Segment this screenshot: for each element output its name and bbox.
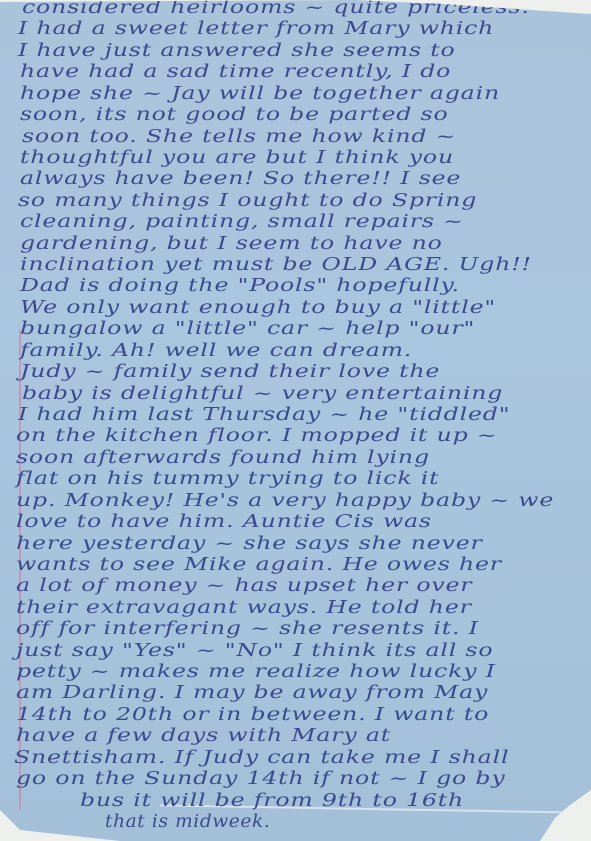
letter-line: We only want enough to buy a "little" <box>20 298 496 318</box>
letter-line: petty ~ makes me realize how lucky I <box>16 662 496 682</box>
letter-line: Judy ~ family send their love the <box>20 362 440 382</box>
letter-line: their extravagant ways. He told her <box>16 598 472 618</box>
letter-line: go on the Sunday 14th if not ~ I go by <box>16 769 505 789</box>
letter-line: family. Ah! well we can dream. <box>20 341 412 361</box>
letter-line: up. Monkey! He's a very happy baby ~ we <box>16 491 554 511</box>
letter-line: flat on his tummy trying to lick it <box>16 469 439 489</box>
letter-line: gardening, but I seem to have no <box>20 234 443 254</box>
letter-line: have a few days with Mary at <box>16 726 391 746</box>
letter-line: have had a sad time recently, I do <box>20 62 451 82</box>
letter-line: soon, its not good to be parted so <box>20 105 448 125</box>
letter-line: so many things I ought to do Spring <box>18 191 477 211</box>
letter-line: Snettisham. If Judy can take me I shall <box>14 748 509 768</box>
letter-line: off for interfering ~ she resents it. I <box>16 619 479 639</box>
letter-line: soon too. She tells me how kind ~ <box>22 127 456 147</box>
letter-line: that is midweek. <box>105 812 270 832</box>
letter-line: hope she ~ Jay will be together again <box>20 84 500 104</box>
letter-line: baby is delightful ~ very entertaining <box>22 384 503 404</box>
letter-line: am Darling. I may be away from May <box>16 683 488 703</box>
letter-line: thoughtful you are but I think you <box>20 148 454 168</box>
letter-line: wants to see Mike again. He owes her <box>16 555 502 575</box>
letter-line: always have been! So there!! I see <box>20 169 461 189</box>
letter-line: cleaning, painting, small repairs ~ <box>20 212 464 232</box>
letter-line: inclination yet must be OLD AGE. Ugh!! <box>20 255 532 275</box>
letter-line: 14th to 20th or in between. I want to <box>16 705 489 725</box>
letter-line: here yesterday ~ she says she never <box>16 534 483 554</box>
letter-page: considered heirlooms ~ quite priceless. … <box>0 0 591 841</box>
letter-line: bungalow a "little" car ~ help "our" <box>20 319 475 339</box>
letter-line: I had him last Thursday ~ he "tiddled" <box>18 405 510 425</box>
letter-line: soon afterwards found him lying <box>16 448 430 468</box>
letter-line: Dad is doing the "Pools" hopefully. <box>20 276 460 296</box>
letter-line: considered heirlooms ~ quite priceless. <box>22 0 530 18</box>
letter-line: love to have him. Auntie Cis was <box>16 512 432 532</box>
letter-line: just say "Yes" ~ "No" I think its all so <box>16 641 493 661</box>
letter-line: a lot of money ~ has upset her over <box>16 576 472 596</box>
letter-line: I had a sweet letter from Mary which <box>18 19 494 39</box>
letter-line: I have just answered she seems to <box>18 41 456 61</box>
letter-line: on the kitchen floor. I mopped it up ~ <box>16 426 497 446</box>
letter-line: bus it will be from 9th to 16th <box>80 791 464 811</box>
